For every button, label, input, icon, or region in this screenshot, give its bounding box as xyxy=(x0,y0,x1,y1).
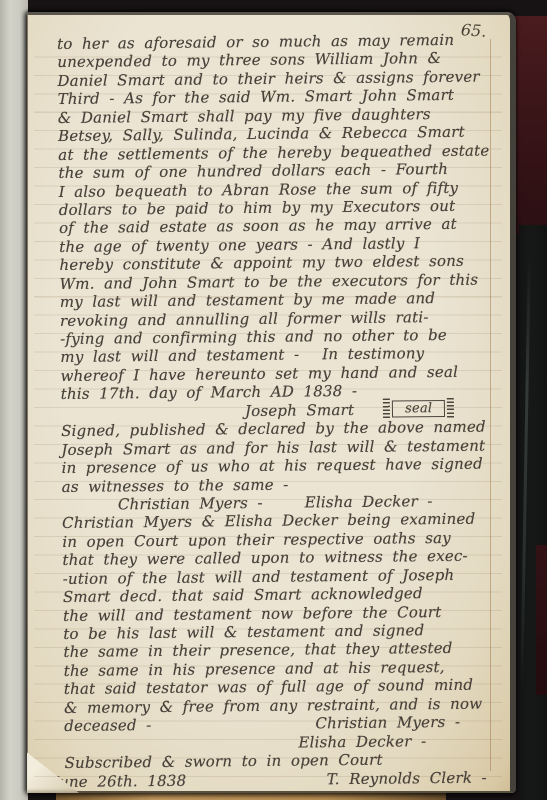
line-left-text: June 26th. 1838 xyxy=(53,771,187,791)
line-right-text: Christian Myers - xyxy=(315,713,460,733)
document-line: June 26th. 1838T. Reynolds Clerk - xyxy=(53,768,501,791)
line-right-text: T. Reynolds Clerk - xyxy=(327,768,487,788)
line-left-text: Christian Myers - xyxy=(118,494,263,514)
seal-stamp: seal xyxy=(392,400,445,418)
record-book-photo: 65. to her as aforesaid or so much as ma… xyxy=(0,0,547,800)
line-left-text: deceased - xyxy=(64,716,151,735)
document-lines: to her as aforesaid or so much as may re… xyxy=(57,30,501,790)
testator-signature: Joseph Smart xyxy=(245,401,354,421)
ledger-page: 65. to her as aforesaid or so much as ma… xyxy=(27,12,516,793)
book-cover-maroon-bottom xyxy=(536,545,547,695)
side-sheets-strip xyxy=(0,0,28,800)
line-right-text: Elisha Decker - xyxy=(305,492,433,512)
